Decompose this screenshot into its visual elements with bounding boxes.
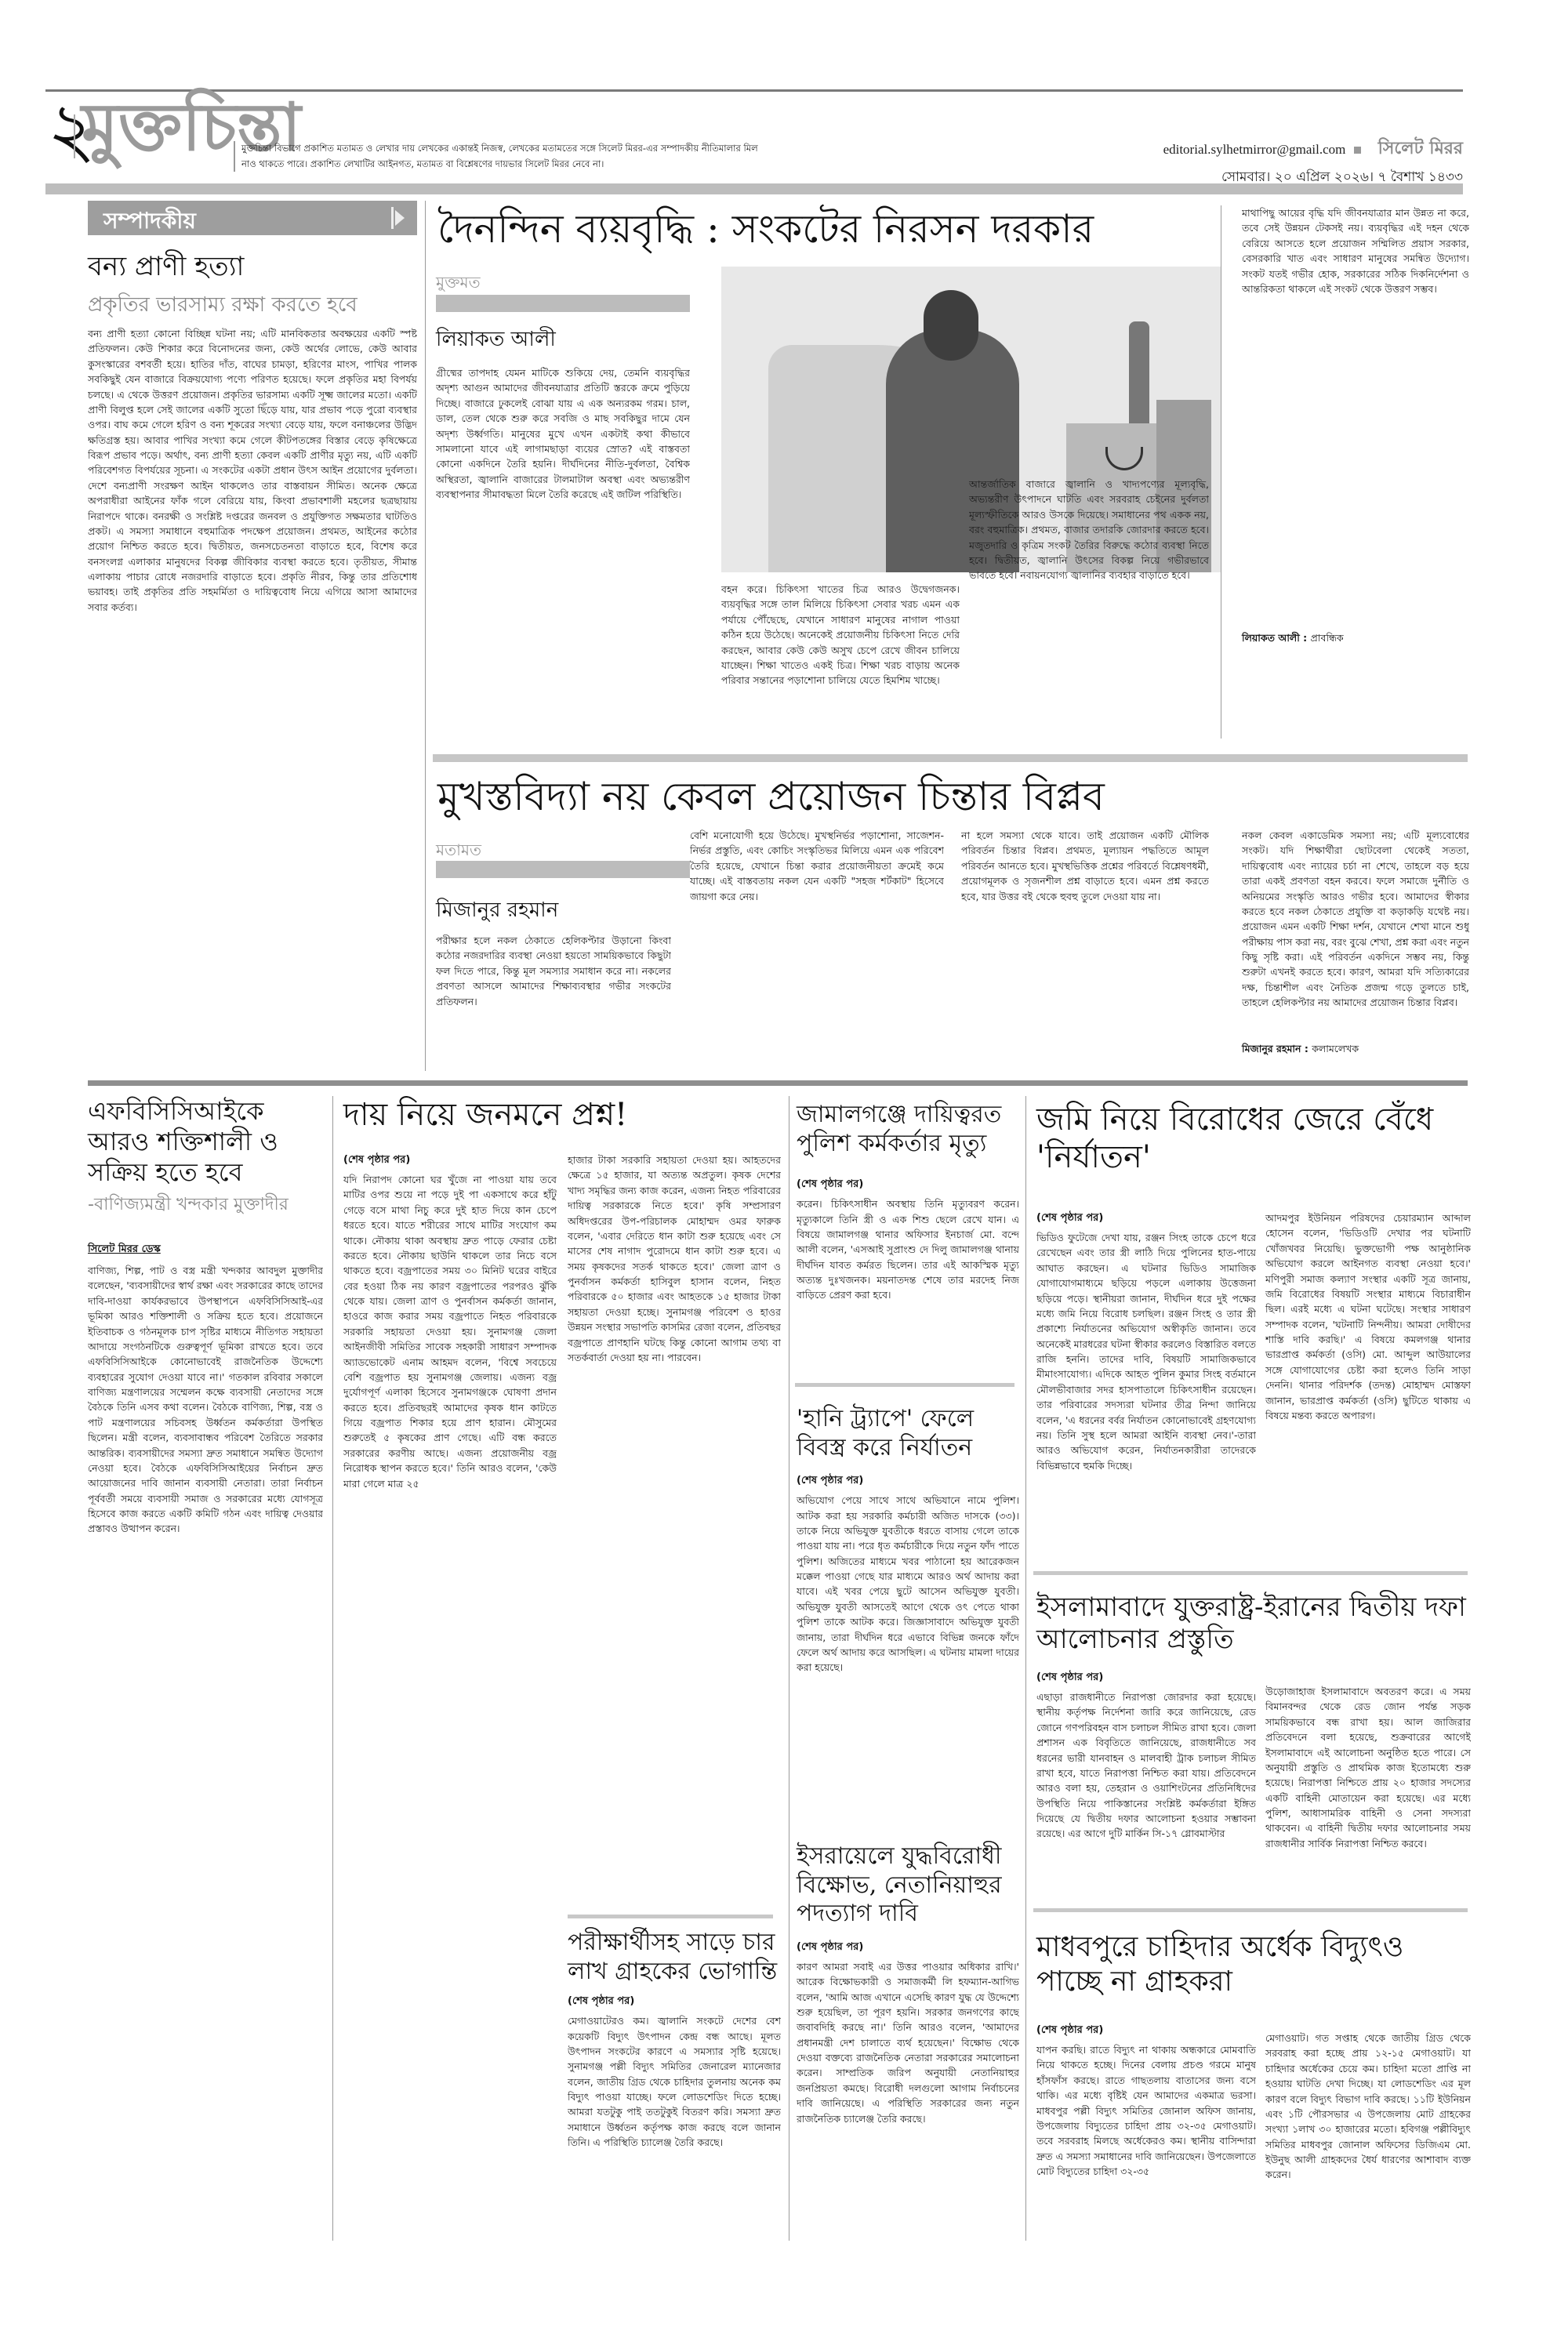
editorial-section-tab: সম্পাদকীয়	[88, 201, 417, 235]
news-thunder-title: দায় নিয়ে জনমনে প্রশ্ন!	[343, 1096, 782, 1134]
lead-col-1: গ্রীষ্মের তাপদাহ যেমন মাটিকে শুকিয়ে দেয…	[436, 365, 690, 663]
news-exam-body: মেগাওয়াটেরও কম। জ্বালানি সংকটে দেশের বে…	[568, 2013, 781, 2217]
news-madhabpur-col1: (শেষ পৃষ্ঠার পর) যাপন করছি। রাতে বিদ্যুৎ…	[1036, 2023, 1256, 2242]
news-jamalganj-body: করেন। চিকিৎসাধীন অবস্থায় তিনি মৃত্যুবরণ…	[797, 1196, 1019, 1353]
news-exam: পরীক্ষার্থীসহ সাড়ে চার লাখ গ্রাহকের ভোগ…	[568, 1929, 781, 2217]
second-col-3: না হলে সমস্যা থেকে যাবে। তাই প্রয়োজন এক…	[961, 828, 1209, 1063]
column-divider	[425, 201, 426, 1071]
news-land: জমি নিয়ে বিরোধের জেরে বেঁধে 'নির্যাতন'	[1036, 1101, 1475, 1176]
news-fbcci-desk: সিলেট মিরর ডেস্ক	[88, 1242, 323, 1258]
news-islamabad-body2: উড়োজাহাজ ইসলামাবাদে অবতরণ করে। এ সময় ব…	[1265, 1684, 1471, 1851]
news-madhabpur-col2: মেগাওয়াট। গত সপ্তাহ থেকে জাতীয় গ্রিড থ…	[1265, 2031, 1471, 2242]
continued-label: (শেষ পৃষ্ঠার পর)	[797, 1473, 1019, 1490]
news-thunder-col1: (শেষ পৃষ্ঠার পর) যদি নিরাপদ কোনো ঘর খুঁজ…	[343, 1152, 557, 2242]
second-article-title: মুখস্তবিদ্যা নয় কেবল প্রয়োজন চিন্তার ব…	[437, 773, 1105, 820]
news-thunder: দায় নিয়ে জনমনে প্রশ্ন!	[343, 1096, 782, 1134]
news-fbcci-title: এফবিসিসিআইকে আরও শক্তিশালী ও সক্রিয় হতে…	[88, 1096, 323, 1188]
news-fbcci-body: বাণিজ্য, শিল্প, পাট ও বস্ত্র মন্ত্রী খন্…	[88, 1263, 323, 2267]
second-col-1: পরীক্ষার হলে নকল ঠেকাতে হেলিকপ্টার উড়ান…	[436, 933, 671, 1066]
lead-col-2: বহন করে। চিকিৎসা খাতের চিত্র আরও উদ্বেগজ…	[721, 582, 960, 739]
square-bullet-icon	[1354, 147, 1361, 154]
news-israel-body: কারণ আমরা সবাই এর উত্তর পাওয়ার অধিকার র…	[797, 1959, 1019, 2218]
news-madhabpur: মাধবপুরে চাহিদার অর্ধেক বিদ্যুৎও পাচ্ছে …	[1036, 1930, 1475, 1999]
news-israel: ইসরায়েলে যুদ্ধবিরোধী বিক্ষোভ, নেতানিয়া…	[797, 1842, 1019, 2218]
news-exam-title: পরীক্ষার্থীসহ সাড়ে চার লাখ গ্রাহকের ভোগ…	[568, 1929, 781, 1986]
illustration-person-head	[924, 290, 978, 361]
second-col-2: বেশি মনোযোগী হয়ে উঠেছে। মুখস্থনির্ভর পড…	[690, 828, 944, 1063]
column-divider	[1025, 1096, 1026, 2241]
news-jamalganj-title: জামালগঞ্জে দায়িত্বরত পুলিশ কর্মকর্তার ম…	[797, 1101, 1019, 1158]
second-kicker-bar	[436, 861, 690, 878]
section-divider	[1033, 1908, 1468, 1912]
lead-col-3: আন্তর্জাতিক বাজারে জ্বালানি ও খাদ্যপণ্যে…	[969, 477, 1209, 739]
news-islamabad-title: ইসলামাবাদে যুক্তরাষ্ট্র-ইরানের দ্বিতীয় …	[1036, 1592, 1475, 1657]
second-author-sign: মিজানুর রহমান : কলামলেখক	[1242, 1043, 1469, 1058]
news-islamabad-body: এছাড়া রাজধানীতে নিরাপত্তা জোরদার করা হয…	[1036, 1690, 1256, 1842]
lead-kicker-bar	[436, 295, 690, 312]
news-israel-title: ইসরায়েলে যুদ্ধবিরোধী বিক্ষোভ, নেতানিয়া…	[797, 1842, 1019, 1929]
news-jamalganj: জামালগঞ্জে দায়িত্বরত পুলিশ কর্মকর্তার ম…	[797, 1101, 1019, 1353]
continued-label: (শেষ পৃষ্ঠার পর)	[568, 1994, 781, 2010]
continued-label: (শেষ পৃষ্ঠার পর)	[797, 1177, 1019, 1193]
lead-col-4-wrap: মাথাপিছু আয়ের বৃদ্ধি যদি জীবনযাত্রার মা…	[1242, 205, 1469, 648]
news-madhabpur-body2: মেগাওয়াট। গত সপ্তাহ থেকে জাতীয় গ্রিড থ…	[1265, 2031, 1471, 2183]
news-thunder-body2: হাজার টাকা সরকারি সহায়তা দেওয়া হয়। আহ…	[568, 1152, 781, 1365]
lead-author-sign: লিয়াকত আলী : প্রাবন্ধিক	[1242, 632, 1469, 648]
lead-article-title: দৈনন্দিন ব্যয়বৃদ্ধি : সংকটের নিরসন দরকা…	[437, 205, 1094, 252]
masthead-right: editorial.sylhetmirror@gmail.com সিলেট ম…	[1163, 135, 1463, 189]
continued-label: (শেষ পৃষ্ঠার পর)	[343, 1152, 557, 1169]
section-divider	[433, 754, 1468, 762]
news-land-col2: আদমপুর ইউনিয়ন পরিষদের চেয়ারম্যান আব্দা…	[1265, 1210, 1471, 1508]
column-divider	[1221, 205, 1221, 739]
news-islamabad-col1: (শেষ পৃষ্ঠার পর) এছাড়া রাজধানীতে নিরাপত…	[1036, 1670, 1256, 1858]
play-arrow-icon	[395, 210, 405, 226]
editorial-email-link[interactable]: editorial.sylhetmirror@gmail.com	[1163, 142, 1346, 157]
editorial-section-label: সম্পাদকীয়	[103, 208, 196, 234]
editorial-title: বন্য প্রাণী হত্যা	[88, 251, 244, 283]
news-fbcci: এফবিসিসিআইকে আরও শক্তিশালী ও সক্রিয় হতে…	[88, 1096, 323, 2267]
continued-label: (শেষ পৃষ্ঠার পর)	[1036, 1210, 1256, 1227]
news-fbcci-subtitle: -বাণিজ্যমন্ত্রী খন্দকার মুক্তাদীর	[88, 1191, 323, 1220]
news-islamabad: ইসলামাবাদে যুক্তরাষ্ট্র-ইরানের দ্বিতীয় …	[1036, 1592, 1475, 1657]
section-divider	[795, 1383, 1014, 1387]
news-madhabpur-body: যাপন করছি। রাতে বিদ্যুৎ না থাকায় অন্ধকা…	[1036, 2042, 1256, 2179]
masthead-separator	[74, 114, 75, 158]
second-author: মিজানুর রহমান	[436, 894, 558, 928]
news-islamabad-col2: উড়োজাহাজ ইসলামাবাদে অবতরণ করে। এ সময় ব…	[1265, 1684, 1471, 1858]
news-land-col1: (শেষ পৃষ্ঠার পর) ভিডিও ফুটেজে দেখা যায়,…	[1036, 1210, 1256, 1508]
news-thunder-col2: হাজার টাকা সরকারি সহায়তা দেওয়া হয়। আহ…	[568, 1152, 781, 1905]
second-col-4: নকল কেবল একাডেমিক সমস্যা নয়; এটি মূল্যব…	[1242, 828, 1469, 1032]
continued-label: (শেষ পৃষ্ঠার পর)	[1036, 2023, 1256, 2039]
section-divider	[568, 1915, 773, 1918]
brand-logo: সিলেট মিরর	[1378, 139, 1463, 158]
masthead-band	[45, 183, 1463, 194]
second-col-4-wrap: নকল কেবল একাডেমিক সমস্যা নয়; এটি মূল্যব…	[1242, 828, 1469, 1058]
news-madhabpur-title: মাধবপুরে চাহিদার অর্ধেক বিদ্যুৎও পাচ্ছে …	[1036, 1930, 1475, 1999]
editorial-body: বন্য প্রাণী হত্যা কোনো বিচ্ছিন্ন ঘটনা নয…	[88, 326, 417, 1063]
illustration-bottle	[1129, 321, 1149, 431]
section-divider	[1033, 1571, 1468, 1575]
editorial-subtitle: প্রকৃতির ভারসাম্য রক্ষা করতে হবে	[88, 289, 358, 323]
tab-bar-icon	[391, 207, 394, 229]
lead-kicker: মুক্তমত	[436, 271, 481, 297]
column-divider	[332, 1096, 333, 2241]
news-honeytrap-title: 'হানি ট্র্যাপে' ফেলে বিবস্ত্র করে নির্যা…	[797, 1405, 1019, 1462]
news-land-body2: আদমপুর ইউনিয়ন পরিষদের চেয়ারম্যান আব্দা…	[1265, 1210, 1471, 1423]
continued-label: (শেষ পৃষ্ঠার পর)	[797, 1940, 1019, 1956]
news-honeytrap-body: অভিযোগ পেয়ে সাথে সাথে অভিযানে নামে পুলি…	[797, 1493, 1019, 1885]
news-land-body: ভিডিও ফুটেজে দেখা যায়, রঞ্জন সিংহ তাকে …	[1036, 1230, 1256, 1473]
news-thunder-body: যদি নিরাপদ কোনো ঘর খুঁজে না পাওয়া যায় …	[343, 1172, 557, 1491]
lower-section-rule	[88, 1080, 1468, 1086]
news-honeytrap: 'হানি ট্র্যাপে' ফেলে বিবস্ত্র করে নির্যা…	[797, 1405, 1019, 1885]
lead-col-4: মাথাপিছু আয়ের বৃদ্ধি যদি জীবনযাত্রার মা…	[1242, 205, 1469, 621]
disclaimer: মুক্তচিন্তা বিভাগে প্রকাশিত মতামত ও লেখা…	[234, 141, 775, 172]
column-divider	[789, 1096, 789, 2241]
news-land-title: জমি নিয়ে বিরোধের জেরে বেঁধে 'নির্যাতন'	[1036, 1101, 1475, 1176]
lead-author: লিয়াকত আলী	[436, 323, 556, 358]
continued-label: (শেষ পৃষ্ঠার পর)	[1036, 1670, 1256, 1686]
